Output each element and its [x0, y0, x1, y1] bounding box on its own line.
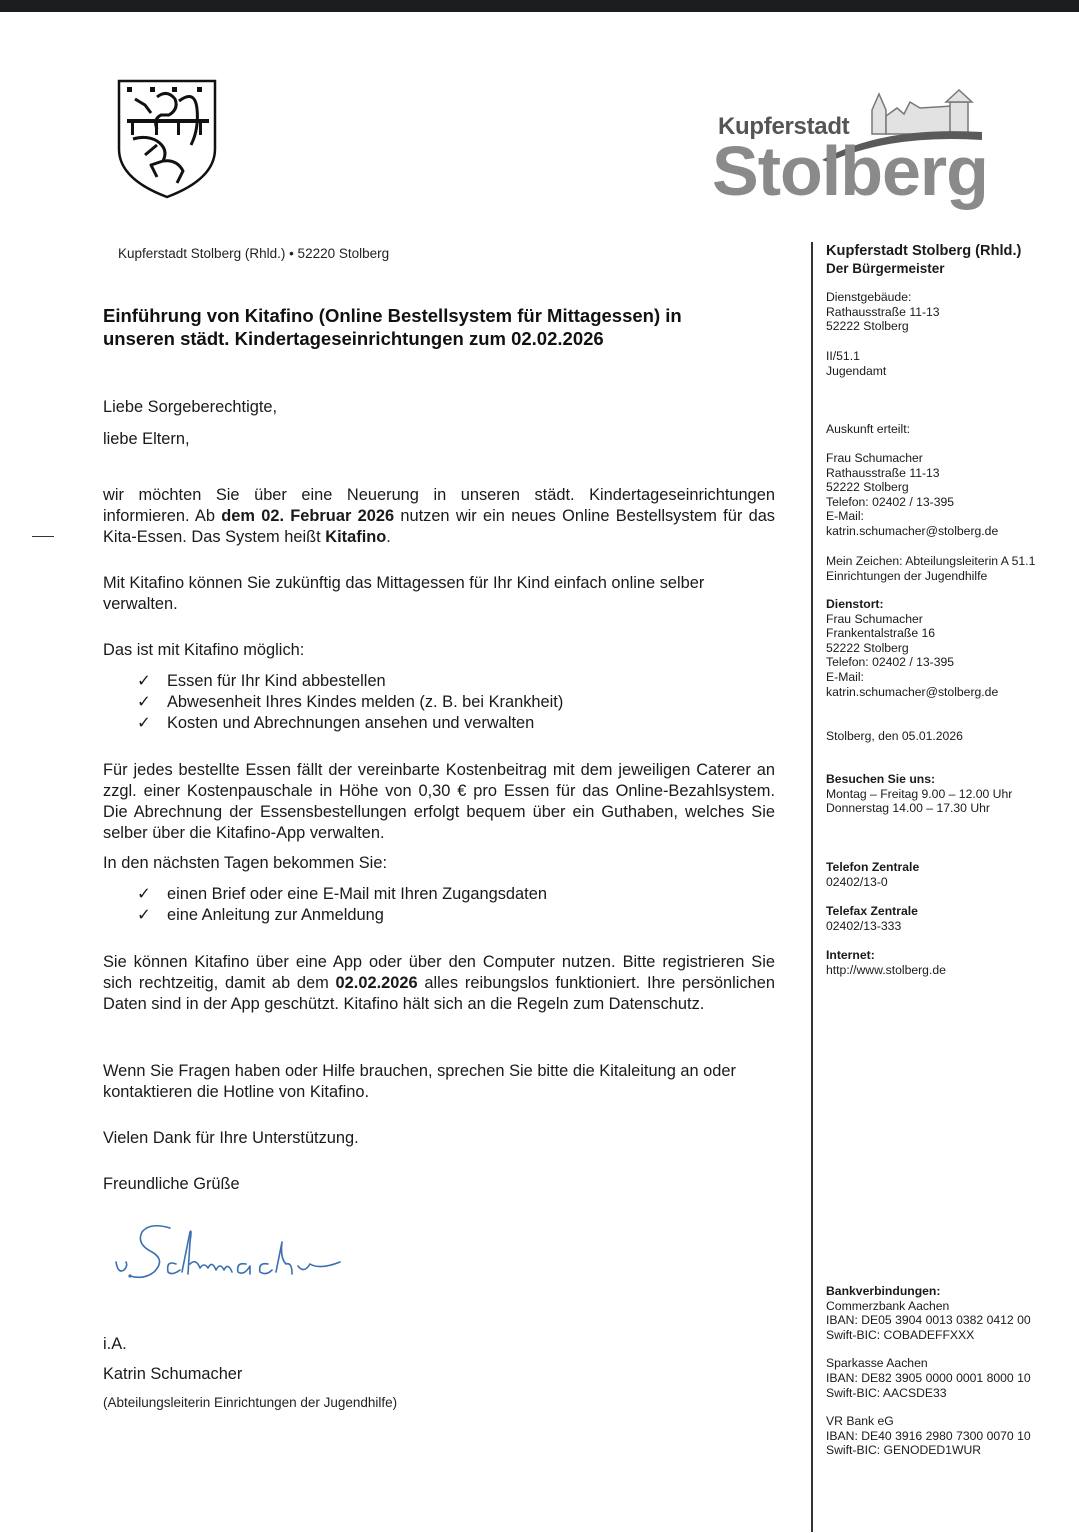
p1-date: dem 02. Februar 2026 — [221, 507, 394, 525]
column-divider — [811, 242, 813, 1532]
location-phone: Telefon: 02402 / 13-395 — [826, 655, 1076, 670]
sidebar-department: II/51.1 Jugendamt — [826, 349, 1076, 378]
check-icon: ✓ — [137, 671, 151, 692]
upcoming-intro: In den nächsten Tagen bekommen Sie: — [103, 853, 775, 874]
sidebar-header: Kupferstadt Stolberg (Rhld.) Der Bürgerm… — [826, 242, 1076, 278]
signatory-role: (Abteilungsleiterin Einrichtungen der Ju… — [103, 1395, 397, 1410]
visit-label: Besuchen Sie uns: — [826, 772, 1076, 787]
phone-central-number: 02402/13-0 — [826, 875, 1076, 890]
fax-central-label: Telefax Zentrale — [826, 904, 1076, 919]
building-street: Rathausstraße 11-13 — [826, 305, 1076, 320]
sidebar-visit: Besuchen Sie uns: Montag – Freitag 9.00 … — [826, 772, 1076, 816]
internet-label: Internet: — [826, 948, 1076, 963]
p3-text: Für jedes bestellte Essen fällt der vere… — [103, 760, 775, 844]
lion-shield-icon — [117, 79, 217, 199]
building-city: 52222 Stolberg — [826, 319, 1076, 334]
reference-line-1: Mein Zeichen: Abteilungsleiterin A 51.1 — [826, 554, 1076, 569]
sidebar-phone-central: Telefon Zentrale 02402/13-0 — [826, 860, 1076, 889]
coat-of-arms-logo — [117, 79, 217, 199]
paragraph-costs: Für jedes bestellte Essen fällt der vere… — [103, 760, 775, 844]
paragraph-kitafino: Mit Kitafino können Sie zukünftig das Mi… — [103, 573, 775, 615]
paragraph-registration: Sie können Kitafino über eine App oder ü… — [103, 952, 775, 1015]
sidebar-location: Dienstort: Frau Schumacher Frankentalstr… — [826, 597, 1076, 699]
brand-logo: Kupferstadt Stolberg — [712, 84, 982, 214]
location-email-label: E-Mail: — [826, 670, 1076, 685]
list-item: ✓Abwesenheit Ihres Kindes melden (z. B. … — [103, 692, 775, 713]
salutation-line-1: Liebe Sorgeberechtigte, — [103, 397, 775, 418]
check-icon: ✓ — [137, 713, 151, 734]
check-icon: ✓ — [137, 905, 151, 926]
sidebar-info-label: Auskunft erteilt: — [826, 422, 1076, 437]
visit-hours-weekdays: Montag – Freitag 9.00 – 12.00 Uhr — [826, 787, 1076, 802]
location-city: 52222 Stolberg — [826, 641, 1076, 656]
contact-name: Frau Schumacher — [826, 451, 1076, 466]
upcoming-section: In den nächsten Tagen bekommen Sie: ✓ein… — [103, 853, 775, 926]
fold-mark — [32, 536, 54, 537]
feature-text: Kosten und Abrechnungen ansehen und verw… — [167, 714, 534, 732]
p2-text: Mit Kitafino können Sie zukünftig das Mi… — [103, 573, 775, 615]
list-item: ✓eine Anleitung zur Anmeldung — [103, 905, 775, 926]
location-label: Dienstort: — [826, 597, 1076, 612]
check-icon: ✓ — [137, 692, 151, 713]
sender-return-address: Kupferstadt Stolberg (Rhld.) • 52220 Sto… — [118, 246, 389, 261]
signatory-name: Katrin Schumacher — [103, 1364, 775, 1385]
features-list: ✓Essen für Ihr Kind abbestellen ✓Abwesen… — [103, 671, 775, 734]
top-bar — [0, 0, 1079, 12]
bank-entry: Sparkasse Aachen IBAN: DE82 3905 0000 00… — [826, 1356, 1076, 1400]
list-item: ✓Essen für Ihr Kind abbestellen — [103, 671, 775, 692]
sidebar-contact: Frau Schumacher Rathausstraße 11-13 5222… — [826, 451, 1076, 539]
letter-subject: Einführung von Kitafino (Online Bestells… — [103, 304, 793, 350]
bank-iban: IBAN: DE40 3916 2980 7300 0070 10 — [826, 1429, 1076, 1444]
bank-name: Sparkasse Aachen — [826, 1356, 1076, 1371]
bank-name: VR Bank eG — [826, 1414, 1076, 1429]
signature-scribble-icon — [110, 1218, 360, 1293]
p5-text: Wenn Sie Fragen haben oder Hilfe brauche… — [103, 1061, 775, 1103]
bank-iban: IBAN: DE82 3905 0000 0001 8000 10 — [826, 1371, 1076, 1386]
contact-email-label: E-Mail: — [826, 509, 1076, 524]
paragraph-intro: wir möchten Sie über eine Neuerung in un… — [103, 485, 775, 548]
location-name: Frau Schumacher — [826, 612, 1076, 627]
sidebar-fax-central: Telefax Zentrale 02402/13-333 — [826, 904, 1076, 933]
letter-date: Stolberg, den 05.01.2026 — [826, 729, 1076, 744]
bank-bic: Swift-BIC: AACSDE33 — [826, 1386, 1076, 1401]
phone-central-label: Telefon Zentrale — [826, 860, 1076, 875]
sidebar-banks: Bankverbindungen: Commerzbank Aachen IBA… — [826, 1284, 1076, 1458]
upcoming-list: ✓einen Brief oder eine E-Mail mit Ihren … — [103, 884, 775, 926]
thanks-line: Vielen Dank für Ihre Unterstützung. — [103, 1128, 775, 1149]
reference-line-2: Einrichtungen der Jugendhilfe — [826, 569, 1076, 584]
sidebar-building: Dienstgebäude: Rathausstraße 11-13 52222… — [826, 290, 1076, 334]
feature-text: Essen für Ihr Kind abbestellen — [167, 672, 386, 690]
handwritten-signature — [110, 1218, 360, 1293]
check-icon: ✓ — [137, 884, 151, 905]
bank-name: Commerzbank Aachen — [826, 1299, 1076, 1314]
sidebar-internet: Internet: http://www.stolberg.de — [826, 948, 1076, 977]
brand-stolberg: Stolberg — [712, 136, 988, 206]
bank-label: Bankverbindungen: — [826, 1284, 1076, 1299]
dept-code: II/51.1 — [826, 349, 1076, 364]
sidebar-org: Kupferstadt Stolberg (Rhld.) — [826, 242, 1076, 260]
list-item: ✓einen Brief oder eine E-Mail mit Ihren … — [103, 884, 775, 905]
fax-central-number: 02402/13-333 — [826, 919, 1076, 934]
salutation: Liebe Sorgeberechtigte, liebe Eltern, — [103, 397, 775, 450]
signature-ia: i.A. — [103, 1334, 775, 1355]
contact-email-link[interactable]: katrin.schumacher@stolberg.de — [826, 524, 1076, 539]
bank-bic: Swift-BIC: GENODED1WUR — [826, 1443, 1076, 1458]
features-intro: Das ist mit Kitafino möglich: — [103, 640, 775, 661]
upcoming-text: eine Anleitung zur Anmeldung — [167, 906, 384, 924]
features-section: Das ist mit Kitafino möglich: ✓Essen für… — [103, 640, 775, 734]
list-item: ✓Kosten und Abrechnungen ansehen und ver… — [103, 713, 775, 734]
location-street: Frankentalstraße 16 — [826, 626, 1076, 641]
p1-end: . — [386, 528, 391, 546]
salutation-line-2: liebe Eltern, — [103, 429, 775, 450]
building-label: Dienstgebäude: — [826, 290, 1076, 305]
contact-city: 52222 Stolberg — [826, 480, 1076, 495]
subject-line-1: Einführung von Kitafino (Online Bestells… — [103, 304, 793, 327]
dept-name: Jugendamt — [826, 364, 1076, 379]
contact-phone: Telefon: 02402 / 13-395 — [826, 495, 1076, 510]
bank-iban: IBAN: DE05 3904 0013 0382 0412 00 — [826, 1313, 1076, 1328]
subject-line-2: unseren städt. Kindertageseinrichtungen … — [103, 327, 793, 350]
contact-street: Rathausstraße 11-13 — [826, 466, 1076, 481]
feature-text: Abwesenheit Ihres Kindes melden (z. B. b… — [167, 693, 563, 711]
p4-date: 02.02.2026 — [336, 974, 418, 992]
bank-entry: VR Bank eG IBAN: DE40 3916 2980 7300 007… — [826, 1414, 1076, 1458]
sidebar-reference: Mein Zeichen: Abteilungsleiterin A 51.1 … — [826, 554, 1076, 583]
location-email-link[interactable]: katrin.schumacher@stolberg.de — [826, 685, 1076, 700]
visit-hours-thursday: Donnerstag 14.00 – 17.30 Uhr — [826, 801, 1076, 816]
sidebar-office: Der Bürgermeister — [826, 260, 1076, 278]
internet-link[interactable]: http://www.stolberg.de — [826, 963, 1076, 978]
bank-bic: Swift-BIC: COBADEFFXXX — [826, 1328, 1076, 1343]
p1-system-name: Kitafino — [325, 528, 386, 546]
paragraph-help: Wenn Sie Fragen haben oder Hilfe brauche… — [103, 1061, 775, 1103]
upcoming-text: einen Brief oder eine E-Mail mit Ihren Z… — [167, 885, 547, 903]
bank-entry: Commerzbank Aachen IBAN: DE05 3904 0013 … — [826, 1299, 1076, 1343]
closing-line: Freundliche Grüße — [103, 1174, 775, 1195]
